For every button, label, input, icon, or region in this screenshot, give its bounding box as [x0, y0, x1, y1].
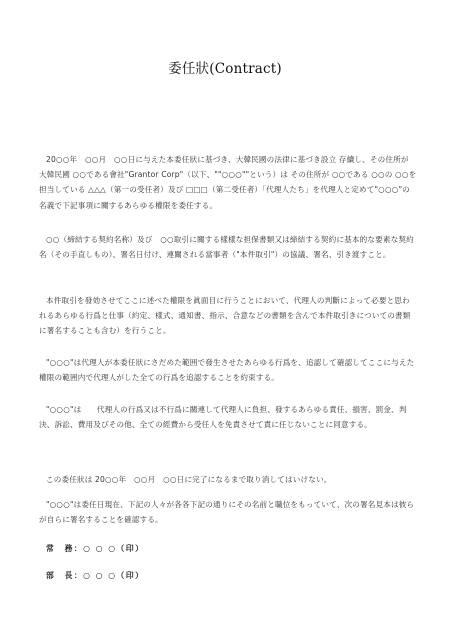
signature-line-manager: 部 長：○ ○ ○（印） — [46, 570, 144, 581]
paragraph-ratification: "○○○"は代理人が本委任狀にさだめた範囲で發生させたあらゆる行爲を、追認して確… — [39, 355, 417, 385]
document-page: 委任狀(Contract) 20○○年 ○○月 ○○日に与えた本委任狀に基づき、… — [0, 0, 450, 636]
paragraph-authority: 本件取引を發効させてここに述べた權限を眞面目に行うことにおいて、代理人の判斷によ… — [39, 293, 417, 339]
paragraph-term: この委任狀は 20○○年 ○○月 ○○日に完了になるまで取り消してはいけない。 — [39, 472, 417, 487]
signature-line-director: 常 務：○ ○ ○（印） — [46, 543, 144, 554]
document-title: 委任狀(Contract) — [0, 57, 450, 77]
paragraph-signatories: "○○○"は委任日現在、下記の人々が各各下記の通りにその名前と職位をもっていて、… — [39, 497, 417, 527]
paragraph-scope: ○○（締結する契約名称）及び ○○取引に關する樣樣な担保書類又は締結する契約に基… — [39, 232, 417, 262]
paragraph-grant: 20○○年 ○○月 ○○日に与えた本委任狀に基づき、大韓民國の法律に基づき設立 … — [39, 152, 417, 213]
paragraph-indemnity: "○○○"は 代理人の行爲又は不行爲に關連して代理人に負担、發するあらゆる責任、… — [39, 402, 417, 432]
